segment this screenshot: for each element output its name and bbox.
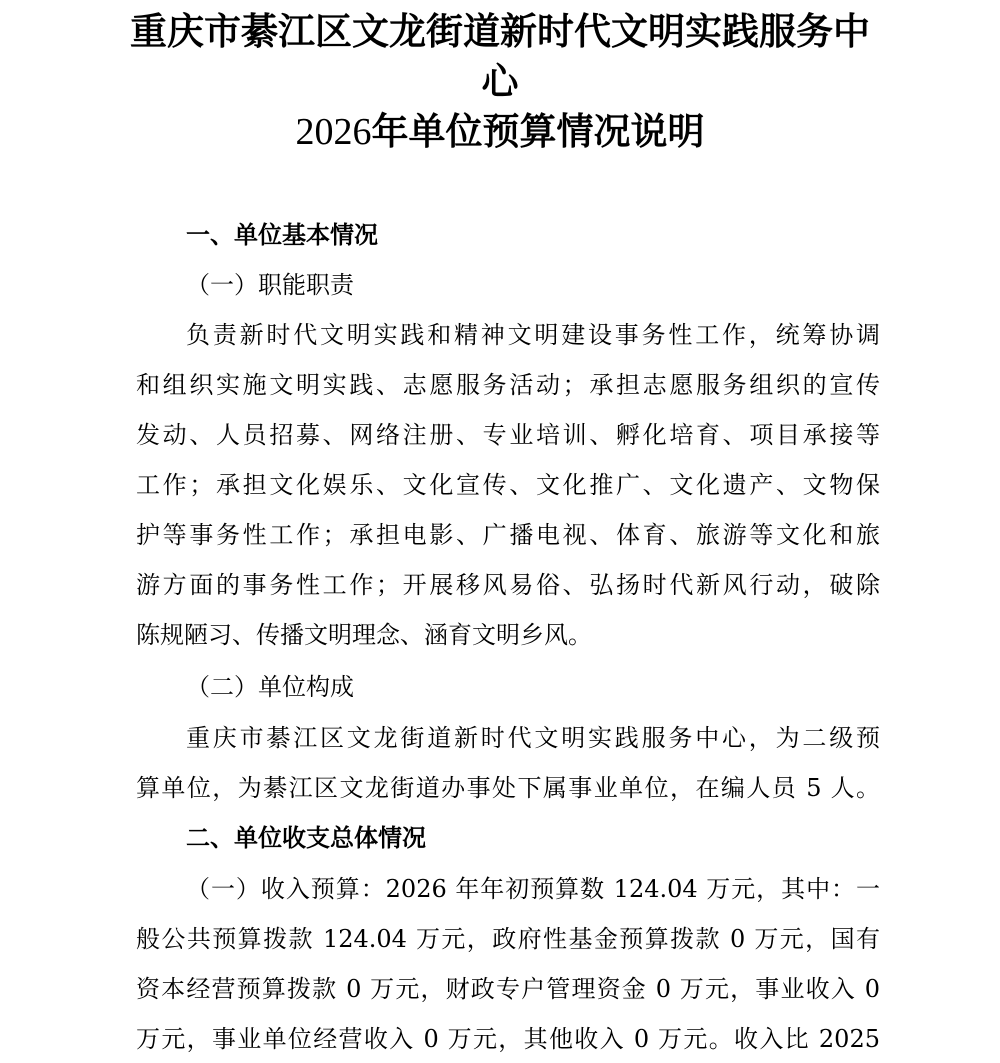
- paragraph-line: 工作；承担文化娱乐、文化宣传、文化推广、文化遗产、文物保: [136, 460, 880, 510]
- paragraph-line: 算单位，为綦江区文龙街道办事处下属事业单位，在编人员 5 人。: [136, 763, 880, 813]
- paragraph-line: 护等事务性工作；承担电影、广播电视、体育、旅游等文化和旅: [136, 510, 880, 560]
- title-year: 2026: [296, 111, 372, 153]
- document-title-line-1: 重庆市綦江区文龙街道新时代文明实践服务中: [0, 6, 1000, 56]
- title-rest: 年单位预算情况说明: [372, 109, 705, 153]
- paragraph-line: 重庆市綦江区文龙街道新时代文明实践服务中心，为二级预: [186, 713, 880, 763]
- paragraph-line: 般公共预算拨款 124.04 万元，政府性基金预算拨款 0 万元，国有: [136, 914, 880, 964]
- paragraph-line: 负责新时代文明实践和精神文明建设事务性工作，统筹协调: [186, 310, 880, 360]
- document-title-line-3: 2026年单位预算情况说明: [0, 106, 1000, 157]
- paragraph-line: 陈规陋习、传播文明理念、涵育文明乡风。: [136, 610, 880, 660]
- paragraph-line: 万元，事业单位经营收入 0 万元，其他收入 0 万元。收入比 2025: [136, 1014, 880, 1063]
- document-title-line-2: 心: [0, 56, 1000, 106]
- document-page: 重庆市綦江区文龙街道新时代文明实践服务中 心 2026年单位预算情况说明 一、单…: [0, 0, 1000, 1063]
- paragraph-line: 游方面的事务性工作；开展移风易俗、弘扬时代新风行动，破除: [136, 560, 880, 610]
- subsection-heading-duties: （一）职能职责: [186, 260, 354, 310]
- paragraph-line: 和组织实施文明实践、志愿服务活动；承担志愿服务组织的宣传: [136, 360, 880, 410]
- section-heading-budget-overview: 二、单位收支总体情况: [186, 813, 426, 863]
- paragraph-line: 发动、人员招募、网络注册、专业培训、孵化培育、项目承接等: [136, 410, 880, 460]
- paragraph-line: （一）收入预算：2026 年年初预算数 124.04 万元，其中：一: [186, 864, 880, 914]
- section-heading-basic-info: 一、单位基本情况: [186, 210, 378, 260]
- subsection-heading-composition: （二）单位构成: [186, 662, 354, 712]
- paragraph-line: 资本经营预算拨款 0 万元，财政专户管理资金 0 万元，事业收入 0: [136, 964, 880, 1014]
